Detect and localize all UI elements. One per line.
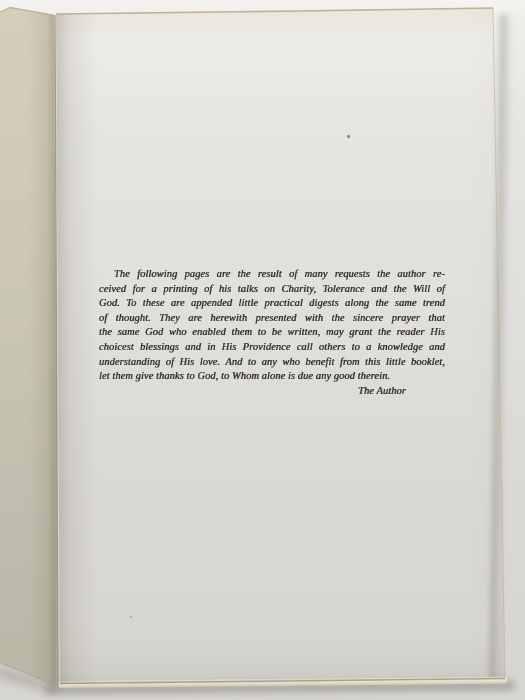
preface-paragraph: The following pages are the result of ma… (99, 268, 445, 399)
paragraph-line: of thought. They are herewith presented … (99, 312, 445, 327)
paragraph-line: God. To these are appended little practi… (99, 297, 445, 312)
book-photograph: The following pages are the result of ma… (0, 0, 525, 700)
paragraph-line: The following pages are the result of ma… (99, 268, 445, 283)
paragraph-line: let them give thanks to God, to Whom alo… (99, 370, 445, 385)
paragraph-line: the same God who enabled them to be writ… (99, 326, 445, 341)
author-signature: The Author (99, 385, 445, 400)
paragraph-line: understanding of His love. And to any wh… (99, 356, 445, 371)
paragraph-line: choicest blessings and in His Providence… (99, 341, 445, 356)
paper-speck (347, 135, 350, 138)
paper-speck (130, 616, 132, 618)
paragraph-line: ceived for a printing of his talks on Ch… (99, 283, 445, 298)
